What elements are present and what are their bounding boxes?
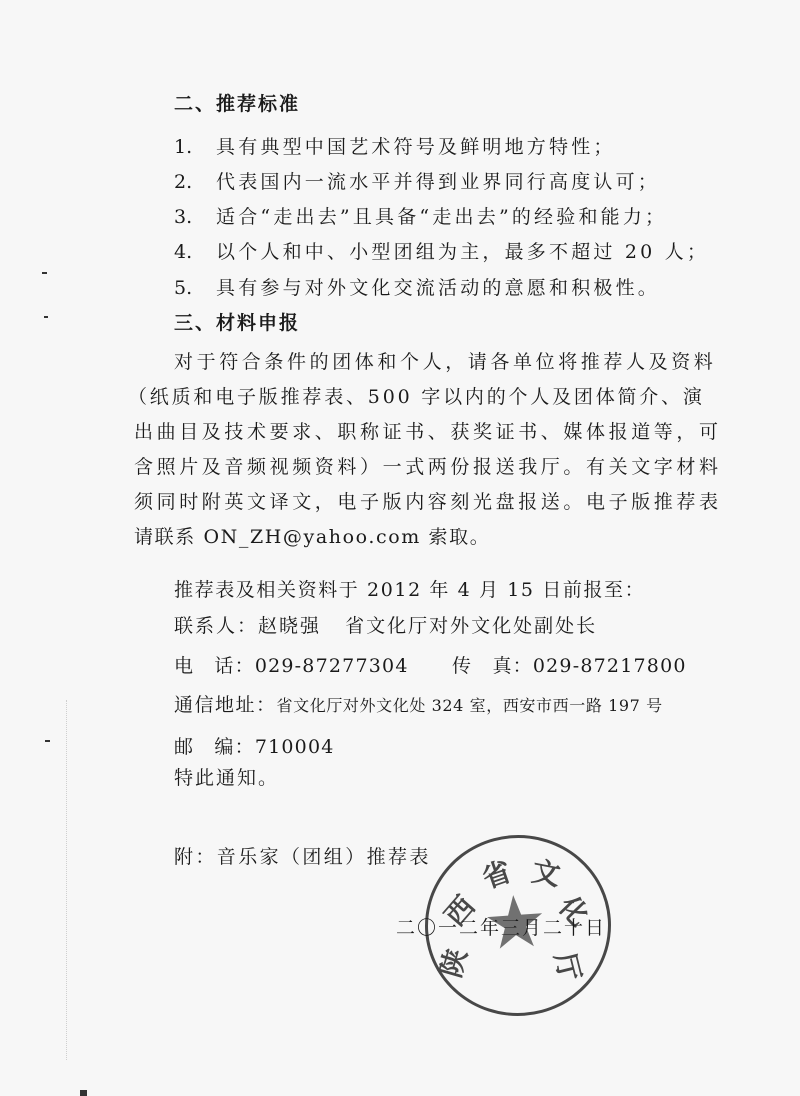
margin-mark — [42, 272, 47, 274]
phone-label: 电 话： — [174, 655, 255, 677]
paragraph-line: 含照片及音频视频资料）一式两份报送我厅。有关文字材料 — [134, 455, 722, 479]
margin-mark — [80, 1090, 87, 1096]
postcode-value: 710004 — [255, 736, 335, 758]
paragraph-line: 对于符合条件的团体和个人，请各单位将推荐人及资料 — [174, 350, 716, 374]
address-value: 省文化厅对外文化处 324 室，西安市西一路 197 号 — [277, 696, 663, 715]
paragraph-line: （纸质和电子版推荐表、500 字以内的个人及团体简介、演 — [128, 385, 705, 409]
section-2-title: 二、推荐标准 — [174, 92, 300, 116]
seal-char: 陕 — [429, 944, 475, 982]
item-text: 具有典型中国艺术符号及鲜明地方特性； — [216, 136, 616, 158]
email-line: 请联系 ON_ZH@yahoo.com 索取。 — [134, 525, 490, 549]
item-text: 以个人和中、小型团组为主，最多不超过 20 人； — [216, 241, 709, 263]
attachment-line: 附：音乐家（团组）推荐表 — [174, 845, 431, 869]
postcode-line: 邮 编：710004 — [174, 735, 335, 759]
criteria-item: 2.代表国内一流水平并得到业界同行高度认可； — [174, 170, 660, 194]
margin-mark — [44, 316, 48, 318]
document-date: 二〇一二年三月二十日 — [396, 913, 606, 940]
contact-person-label: 联系人： — [174, 615, 258, 637]
address-label: 通信地址： — [174, 694, 277, 716]
item-text: 代表国内一流水平并得到业界同行高度认可； — [216, 171, 660, 193]
item-number: 2. — [174, 170, 216, 194]
criteria-item: 1.具有典型中国艺术符号及鲜明地方特性； — [174, 135, 616, 159]
item-number: 5. — [174, 276, 216, 300]
phone-fax-line: 电 话：029-87277304 传 真：029-87217800 — [174, 654, 687, 678]
binding-rule — [66, 700, 68, 1060]
item-number: 1. — [174, 135, 216, 159]
paragraph-line: 出曲目及技术要求、职称证书、获奖证书、媒体报道等，可 — [134, 420, 722, 444]
contact-person-line: 联系人：赵晓强 省文化厅对外文化处副处长 — [174, 614, 597, 638]
criteria-item: 5.具有参与对外文化交流活动的意愿和积极性。 — [174, 276, 660, 300]
document-page: 二、推荐标准 1.具有典型中国艺术符号及鲜明地方特性； 2.代表国内一流水平并得… — [0, 0, 800, 1096]
criteria-item: 4.以个人和中、小型团组为主，最多不超过 20 人； — [174, 240, 709, 264]
contact-person-name: 赵晓强 — [258, 615, 321, 637]
contact-person-title: 省文化厅对外文化处副处长 — [345, 615, 597, 637]
address-line: 通信地址：省文化厅对外文化处 324 室，西安市西一路 197 号 — [174, 693, 663, 718]
phone-number: 029-87277304 — [255, 655, 409, 677]
item-number: 3. — [174, 205, 216, 229]
fax-label: 传 真： — [452, 655, 533, 677]
item-number: 4. — [174, 240, 216, 264]
section-3-title: 三、材料申报 — [174, 311, 300, 335]
paragraph-line: 须同时附英文译文，电子版内容刻光盘报送。电子版推荐表 — [134, 490, 722, 514]
item-text: 适合“走出去”且具备“走出去”的经验和能力； — [216, 206, 667, 228]
margin-mark — [45, 740, 50, 742]
item-text: 具有参与对外文化交流活动的意愿和积极性。 — [216, 277, 660, 299]
fax-number: 029-87217800 — [533, 655, 687, 677]
postcode-label: 邮 编： — [174, 736, 255, 758]
criteria-item: 3.适合“走出去”且具备“走出去”的经验和能力； — [174, 205, 667, 229]
seal-char: 厅 — [546, 948, 592, 985]
deadline-line: 推荐表及相关资料于 2012 年 4 月 15 日前报至： — [174, 578, 645, 602]
closing-line: 特此通知。 — [174, 766, 279, 790]
